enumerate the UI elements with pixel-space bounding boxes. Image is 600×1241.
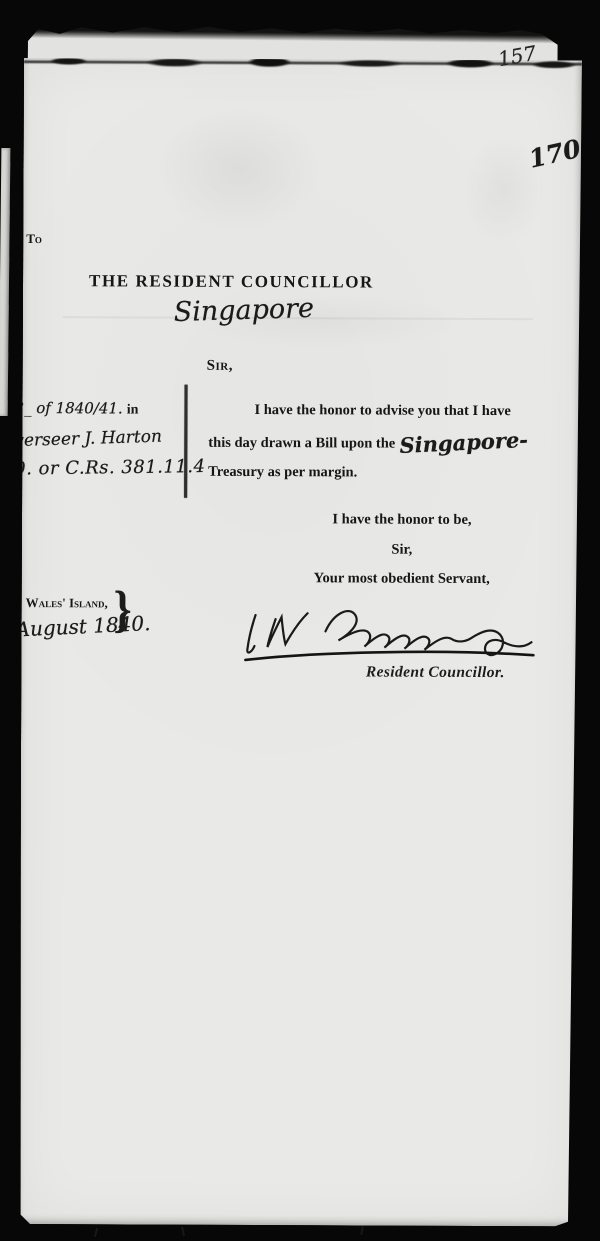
margin-note-line2: verseer J. Harton xyxy=(14,422,195,456)
scan-background: { "document": { "page_number_back": "157… xyxy=(0,0,600,1241)
margin-notes: 3_ of 1840/41.in verseer J. Harton 0. or… xyxy=(14,394,194,483)
letterhead-place-handwritten: Singapore xyxy=(118,291,369,330)
body-line2-handwritten: Singapore- xyxy=(399,425,529,460)
letterhead-title: THE RESIDENT COUNCILLOR xyxy=(89,271,339,292)
closing-line3: Your most obedient Servant, xyxy=(250,564,554,595)
margin-note-line1-handwritten: 3_ of 1840/41. xyxy=(14,399,122,417)
margin-note-line3: 0. or C.Rs. 381.11.4 xyxy=(14,452,194,483)
signature-handwriting xyxy=(241,597,541,670)
closing-line1: I have the honor to be, xyxy=(250,505,554,536)
letter-page: 170. To THE RESIDENT COUNCILLOR Singapor… xyxy=(19,58,582,1226)
margin-note-line1: 3_ of 1840/41.in xyxy=(14,394,194,425)
salutation: Sir, xyxy=(207,358,233,375)
place-printed: Wales' Island, xyxy=(26,595,108,611)
page-number: 170. xyxy=(526,132,592,174)
letter-body: I have the honor to advise you that I ha… xyxy=(208,396,548,488)
body-line2: this day drawn a Bill upon theSingapore- xyxy=(208,425,548,459)
margin-note-line1-printed: in xyxy=(127,402,139,417)
place-date-brace: } xyxy=(113,584,131,636)
closing-block: I have the honor to be, Sir, Your most o… xyxy=(250,505,554,595)
underlying-page-edge xyxy=(0,148,10,416)
address-to-fragment: To xyxy=(26,231,42,247)
body-line3: Treasury as per margin. xyxy=(208,458,548,488)
scan-speck xyxy=(360,1226,364,1235)
scan-speck xyxy=(94,1228,98,1237)
body-line1: I have the honor to advise you that I ha… xyxy=(208,396,548,426)
body-line2-printed: this day drawn a Bill upon the xyxy=(208,435,395,452)
closing-line2: Sir, xyxy=(250,534,554,565)
scan-speck xyxy=(181,1227,185,1236)
